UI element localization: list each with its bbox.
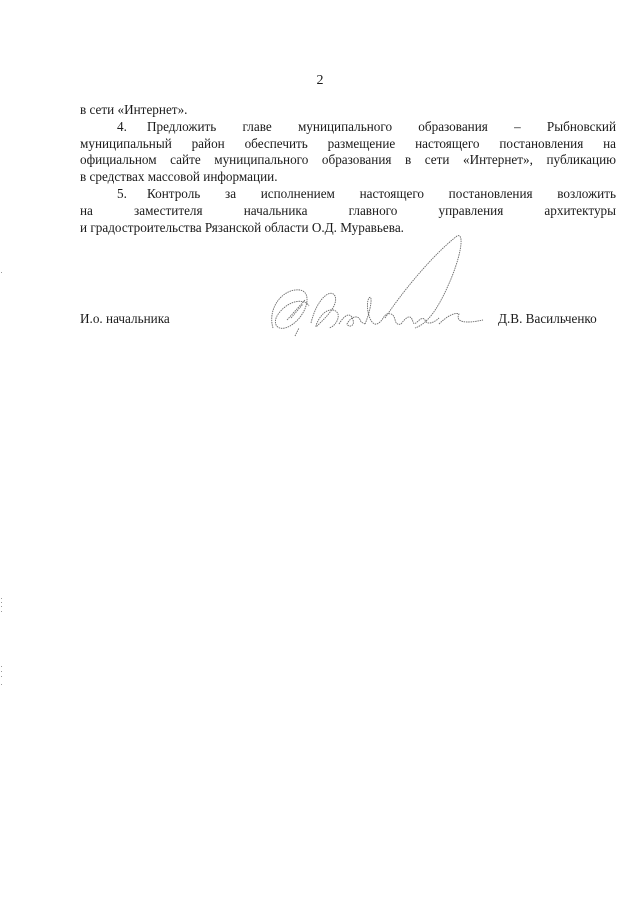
paragraph-3-tail: в сети «Интернет». xyxy=(80,102,616,119)
signatory-name: Д.В. Васильченко xyxy=(498,311,597,327)
scan-artifact xyxy=(1,272,2,273)
scan-artifact xyxy=(1,611,2,612)
paragraph-4-line-3: официальном сайте муниципального образов… xyxy=(80,152,616,169)
scan-artifact xyxy=(1,606,2,607)
document-body: в сети «Интернет». 4.Предложить главе му… xyxy=(80,102,616,236)
signatory-title: И.о. начальника xyxy=(80,311,170,327)
handwritten-signature-icon xyxy=(265,228,485,343)
paragraph-5-line-2: на заместителя начальника главного управ… xyxy=(80,203,616,220)
paragraph-4-line-2: муниципальный район обеспечить размещени… xyxy=(80,136,616,153)
scan-artifact xyxy=(1,666,2,667)
paragraph-4: 4.Предложить главе муниципального образо… xyxy=(80,119,616,186)
paragraph-5-line-1: 5.Контроль за исполнением настоящего пос… xyxy=(80,186,616,203)
scan-artifact xyxy=(1,676,2,677)
paragraph-4-line-1: 4.Предложить главе муниципального образо… xyxy=(80,119,616,136)
scan-artifact xyxy=(1,598,2,599)
paragraph-4-line-4: в средствах массовой информации. xyxy=(80,169,616,186)
paragraph-5-number: 5. xyxy=(117,186,147,203)
scan-artifact xyxy=(1,684,2,685)
scan-artifact xyxy=(1,671,2,672)
scan-artifact xyxy=(1,602,2,603)
paragraph-4-number: 4. xyxy=(117,119,147,136)
page-number: 2 xyxy=(0,73,640,89)
